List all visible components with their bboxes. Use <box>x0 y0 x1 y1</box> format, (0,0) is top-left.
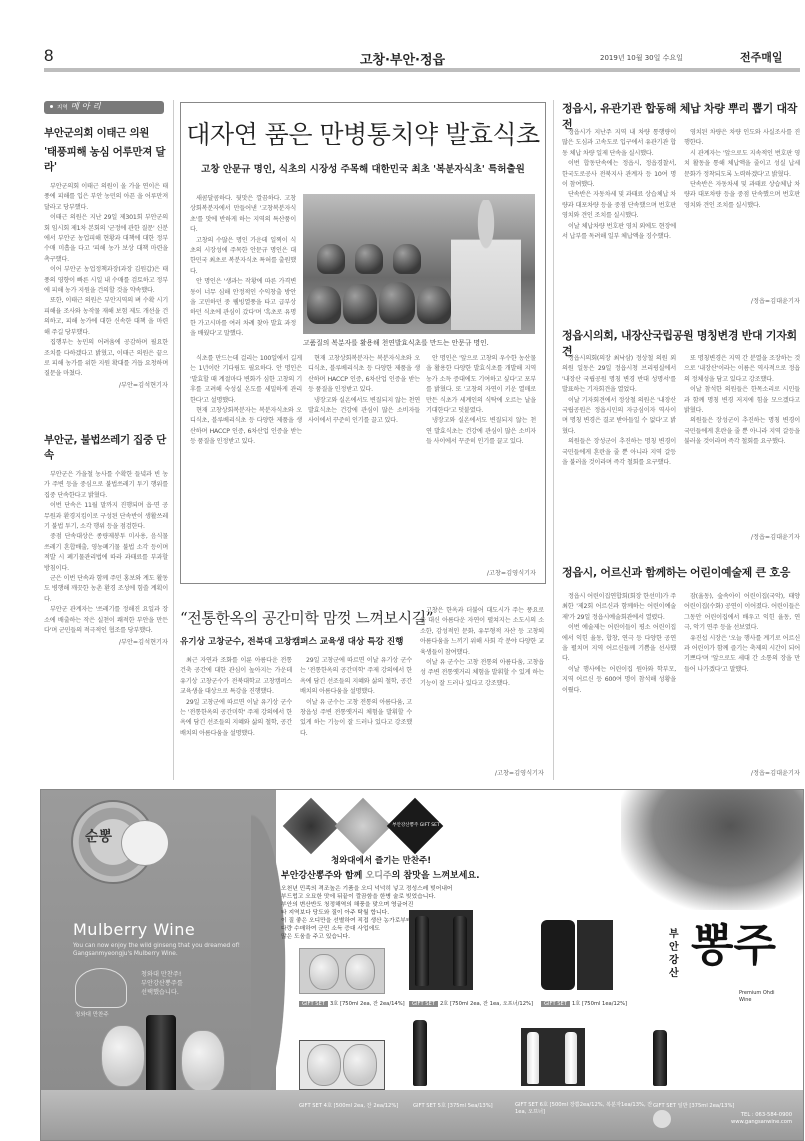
paragraph: 식초를 만드는데 걸리는 100일에서 길게는 1년이란 기다림도 필요하다. … <box>190 354 302 406</box>
paragraph: 이번 단속은 11월 말까지 진행되며 읍·면 공무원과 환경지킴이로 구성된 … <box>44 501 168 532</box>
paragraph: 의원들은 장성군이 추진하는 명칭 변경이 국민들에게 혼란을 줄 뿐 아니라 … <box>684 416 800 447</box>
gift-set-label: GIFT SET 4호 [500ml 2ea, 잔 2ea/12%] <box>299 1102 398 1109</box>
gift-set-badge-label: 부안강산뽕주 GIFT SET <box>391 822 441 828</box>
paragraph: 이날 유 군수는 고창 전통의 아름다움, 고창읍성 주변 전통옛거리 체험을 … <box>420 658 544 689</box>
publication-name: 전주매일 <box>740 49 783 65</box>
wine-bottle-image <box>415 916 429 986</box>
body-line: 부안의 변산반도 청정해역의 해풍을 맞으며 영글어진 <box>281 901 541 909</box>
brand-logo-text: 순뽕 <box>85 826 112 846</box>
byline: /부안=김석현기자 <box>44 380 168 389</box>
column-divider <box>553 100 554 780</box>
article-body: 부안군의회 이태근 의원이 올 가을 연이은 태풍에 피해를 입은 부안 농민의… <box>44 182 168 380</box>
headline-text: 부안강산뽕주와 함께 <box>281 871 366 881</box>
paragraph: 이날 체납차량 번호판 영치 외에도 현장에서 납부를 독려해 일부 체납액을 … <box>562 222 676 243</box>
jar-bottle-image <box>181 1030 225 1092</box>
paragraph: 군은 이번 단속과 함께 주민 홍보와 계도 활동도 병행해 깨끗한 농촌 환경… <box>44 574 168 605</box>
gift-code: 4호 <box>324 1103 332 1109</box>
paragraph: 이태근 의원은 지난 29일 제301회 부안군의회 임시회 제1차 본회의 '… <box>44 213 168 265</box>
gift-code: 3호 <box>330 1001 338 1007</box>
gift-set-label: GIFT SET 5호 [375ml 5ea/13%] <box>413 1102 493 1109</box>
gift-set-label: GIFT SET3호 [750ml 2ea, 잔 2ea/14%] <box>299 1000 405 1007</box>
gift-code: 일반 <box>678 1103 688 1109</box>
gift-set-label: GIFT SET2호 [750ml 2ea, 잔 1ea, 오프너/12%] <box>409 1000 533 1007</box>
article-right-2-col1: 정읍시의회(의장 최낙삼) 정상철 의원 외 의원 일동은 29일 정읍시청 브… <box>562 354 676 540</box>
gift-tag: GIFT SET <box>409 1001 438 1007</box>
ad-headline-1: 청와대에서 즐기는 만찬주! <box>331 854 431 866</box>
paragraph: 단속반은 자동차세 및 과태료 상습체납 차량과 대포차량 등을 중점 단속했으… <box>562 190 676 221</box>
gift-spec: 500ml 2ea, 잔 2ea/12% <box>336 1103 397 1109</box>
paragraph: 안 명인은 '앞으로 고창의 우수한 농산물을 활용한 다양한 발효식초를 개발… <box>426 354 536 416</box>
ad-tagline: You can now enjoy the wild ginseng that … <box>73 942 273 958</box>
gift-code: 6호 <box>540 1102 548 1108</box>
paragraph: 유진섭 시장은 '오늘 행사를 계기로 어르신과 어린이가 함께 즐기는 축제의… <box>684 634 800 676</box>
gift-set-label: GIFT SET 일반 [375ml 2ea/13%] <box>653 1102 734 1109</box>
jar-image <box>307 286 341 324</box>
article-left-1: 부안군의회 이태근 의원 '태풍피해 농심 어루만져 달라' 부안군의회 이태근… <box>44 125 168 389</box>
paragraph: 29일 고창군에 따르면 이날 유기상 군수는 '전통한옥의 공간미학' 주제 … <box>300 656 412 698</box>
paragraph: 부안군 관계자는 '쓰레기를 정해진 요일과 장소에 배출하는 작은 실천이 쾌… <box>44 605 168 636</box>
wine-bottle-image <box>565 1032 577 1084</box>
article-headline: 부안군, 불법쓰레기 집중 단속 <box>44 432 168 462</box>
paragraph: 단속반은 자동차세 및 과태료 상습체납 차량과 대포차량 등을 중점 단속했으… <box>684 180 800 211</box>
paragraph: 정읍시가 지난주 지역 내 차량 통행량이 많은 도심과 고속도로 입구에서 유… <box>562 128 676 159</box>
quote-line: 선택했습니다. <box>141 988 183 997</box>
jar-image <box>417 286 451 324</box>
hanok-column-1: 최근 자연과 조화를 이룬 아름다운 전통건축 공간에 대한 관심이 높아지는 … <box>180 656 292 780</box>
paragraph: 새콤달콤하다. 뒷맛은 깔끔하다. 고창상회복분자에서 만들어낸 '고창복분자식… <box>190 194 296 236</box>
wine-bottle-image <box>453 916 467 986</box>
jar-image <box>393 244 421 274</box>
paragraph: 시 관계자는 '앞으로도 지속적인 번호판 영치 활동을 통해 체납액을 줄이고… <box>684 149 800 180</box>
jar-image <box>355 244 383 274</box>
phone-number[interactable]: TEL : 063-584-0900 <box>731 1112 792 1119</box>
article-subtitle: 유기상 고창군수, 전북대 고창캠퍼스 교육생 대상 특강 진행 <box>180 635 403 647</box>
feature-subtitle: 고창 안문규 명인, 식초의 시장성 주목해 대한민국 최초 '복분자식초' 특… <box>180 161 546 175</box>
jar-bottle-image <box>307 1044 341 1086</box>
ad-quote: 청와대 만찬주! 부안강산뽕주를 선택했습니다. <box>141 970 183 997</box>
byline: /고창=김영식기자 <box>426 568 536 577</box>
article-right-1-col2: 영치된 차량은 차량 인도와 사실조사를 진행한다. 시 관계자는 '앞으로도 … <box>684 128 800 298</box>
gift-tag: GIFT SET <box>515 1102 538 1108</box>
gift-spec: 750ml 2ea, 잔 2ea/14% <box>342 1001 403 1007</box>
jar-bottle-image <box>309 954 339 990</box>
company-logo-icon <box>653 1110 671 1128</box>
gift-tag: GIFT SET <box>413 1103 436 1109</box>
tagline-line: You can now enjoy the wild ginseng that … <box>73 942 273 950</box>
tag-prefix: 지역 <box>57 105 68 111</box>
headline-text: 의 참맛을 느껴보세요. <box>392 871 480 881</box>
paragraph: 냉장고와 실온에서도 변질되지 않는 천연 발효식초는 건강에 관심이 많은 소… <box>426 416 536 447</box>
feature-title: 대자연 품은 만병통치약 발효식초 <box>180 115 546 151</box>
paragraph: 29일 고창군에 따르면 이날 유기상 군수는 '전통한옥의 공간미학' 주제 … <box>180 698 292 740</box>
bullet-icon <box>50 105 53 108</box>
product-calligraphy-small: 부안강산 <box>669 928 681 980</box>
article-body: 부안군은 가을철 농사를 수확한 들녘과 빈 농가 주변 등을 중심으로 불법쓰… <box>44 470 168 637</box>
feature-column-2: 현재 고창상회복분자는 복분자식초와 오디식초, 블루베리식초 등 다양한 제품… <box>308 354 420 576</box>
jar-bottle-image <box>345 954 375 990</box>
paragraph: 부안군은 가을철 농사를 수확한 들녘과 빈 농가 주변 등을 중심으로 불법쓰… <box>44 470 168 501</box>
gift-tag: GIFT SET <box>299 1103 322 1109</box>
feature-column-1: 식초를 만드는데 걸리는 100일에서 길게는 1년이란 기다림도 필요하다. … <box>190 354 302 576</box>
paragraph: 이날 유 군수는 고창 전통의 아름다움, 고창읍성 주변 전통옛거리 체험을 … <box>300 698 412 740</box>
article-right-1-col1: 정읍시가 지난주 지역 내 차량 통행량이 많은 도심과 고속도로 입구에서 유… <box>562 128 676 308</box>
paragraph: 집행부는 농민의 어려움에 공감하며 필요한 조치를 다하겠다고 밝혔고, 이태… <box>44 338 168 380</box>
ad-bottom-band <box>41 1090 803 1140</box>
paragraph: 정읍시의회(의장 최낙삼) 정상철 의원 외 의원 일동은 29일 정읍시청 브… <box>562 354 676 396</box>
jar-image <box>317 244 345 274</box>
byline: /정읍=김대윤기자 <box>684 532 800 541</box>
byline: /정읍=김대윤기자 <box>684 768 800 777</box>
paragraph: 이번 합동단속에는 정읍시, 정읍경찰서, 한국도로공사 전북지사 관계자 등 … <box>562 159 676 190</box>
paragraph: 이날 기자회견에서 정상철 의원은 '내장산국립공원은 정읍시민의 자긍심이자 … <box>562 396 676 438</box>
byline: /정읍=김대윤기자 <box>684 296 800 305</box>
jar-image <box>343 284 377 324</box>
paragraph: 의원들은 장성군이 추진하는 명칭 변경이 국민들에게 혼란을 줄 뿐 아니라 … <box>562 437 676 468</box>
field-image <box>335 798 392 855</box>
ad-brand-en: Mulberry Wine <box>73 920 195 939</box>
gift-set-label: GIFT SET1호 [750ml 1ea/12%] <box>541 1000 627 1007</box>
wine-bottle-image <box>653 1030 667 1086</box>
paragraph: 고창은 한옥과 더불어 대도시가 주는 풍요로움 대신 아름다운 자연이 펼쳐지… <box>420 606 544 658</box>
product-calligraphy: 뽕주 <box>691 924 776 968</box>
gift-spec: 750ml 1ea/12% <box>584 1001 625 1007</box>
brush-stroke <box>251 790 291 1140</box>
tagline-line: Gangsanmyeongju's Mulberry Wine. <box>73 950 273 958</box>
gift-spec: 375ml 5ea/13% <box>450 1103 491 1109</box>
seal-label: 청와대 만찬주 <box>75 1010 109 1018</box>
photo-caption: 고품질의 복분자를 활용해 천연발효식초를 만드는 안문규 명인. <box>303 337 489 347</box>
paragraph: 현재 고창상회복분자는 복분자식초와 오디식초, 블루베리식초 등 다양한 제품… <box>308 354 420 396</box>
paragraph: 중점 단속대상은 종량제봉투 미사용, 음식물 쓰레기 혼합배출, 영농폐기물 … <box>44 532 168 574</box>
quote-line: 부안강산뽕주를 <box>141 979 183 988</box>
paragraph: 이날 행사에는 어린이집 원아와 학부모, 지역 어르신 등 600여 명이 참… <box>562 665 676 696</box>
paragraph: 정읍시 어린이집연합회(회장 한선미)가 주최한 '제2회 어르신과 함께하는 … <box>562 592 676 623</box>
headline-accent: 오디주 <box>366 871 392 881</box>
advertisement[interactable]: 순뽕 Mulberry Wine You can now enjoy the w… <box>40 789 804 1141</box>
paragraph: 냉장고와 실온에서도 변질되지 않는 천연 발효식초는 건강에 관심이 많은 소… <box>308 396 420 427</box>
paragraph: 고창의 수많은 명인 가운데 일찍이 식초의 시장성에 주목한 안문규 명인은 … <box>190 236 296 278</box>
jar-image <box>379 282 415 324</box>
gift-code: 1호 <box>572 1001 580 1007</box>
tag-title: 메 아 리 <box>71 102 101 112</box>
ad-headline-2: 부안강산뽕주와 함께 오디주의 참맛을 느껴보세요. <box>281 868 480 881</box>
paragraph: 이날 참석한 의원들은 한목소리로 시민들과 함께 명칭 변경 저지에 힘을 모… <box>684 385 800 416</box>
column-divider <box>173 100 174 780</box>
article-title: “전통한옥의 공간미학 맘껏 느껴보시길” <box>180 607 433 628</box>
issue-date: 2019년 10월 30일 수요일 <box>600 53 683 63</box>
paragraph: 현재 고창상회복분자는 복분자식초와 오디식초, 블루베리식초 등 다양한 제품… <box>190 406 302 448</box>
mulberry-photo <box>621 790 803 910</box>
wine-bottle-image <box>541 920 575 990</box>
article-right-3-col1: 정읍시 어린이집연합회(회장 한선미)가 주최한 '제2회 어르신과 함께하는 … <box>562 592 676 778</box>
website-link[interactable]: www.gangsanwine.com <box>731 1119 792 1126</box>
gift-set-label: GIFT SET 6호 [500ml 장쁨2ea/12%, 복분자1ea/13%… <box>515 1102 655 1116</box>
article-headline: 부안군의회 이태근 의원 <box>44 125 168 140</box>
quote-line: 청와대 만찬주! <box>141 970 183 979</box>
paragraph: 이번 예술제는 어린이들이 평소 어린이집에서 익힌 율동, 합창, 연극 등 … <box>562 623 676 665</box>
paragraph: 또 명칭변경은 지역 간 분열을 조장하는 것으로 '내장산'이라는 이름은 역… <box>684 354 800 385</box>
header-rule <box>44 68 800 72</box>
paragraph: 안 명인은 '생과는 작황에 따른 가격변동이 너무 심해 안정적인 수익창출 … <box>190 277 296 339</box>
paragraph: 영치된 차량은 차량 인도와 사실조사를 진행한다. <box>684 128 800 149</box>
body-line: 오천년 민족의 격조높은 기품을 오디 넉넉히 넣고 정성스레 빚어내어 <box>281 885 541 893</box>
article-right-2-col2: 또 명칭변경은 지역 간 분열을 조장하는 것으로 '내장산'이라는 이름은 역… <box>684 354 800 530</box>
paragraph: 이어 부안군 농업정책과장(과장 김원갑)은 태풍의 영향이 빠른 시일 내 수… <box>44 265 168 296</box>
feature-intro: 새콤달콤하다. 뒷맛은 깔끔하다. 고창상회복분자에서 만들어낸 '고창복분자식… <box>190 194 296 342</box>
hanok-column-3: 고창은 한옥과 더불어 대도시가 주는 풍요로움 대신 아름다운 자연이 펼쳐지… <box>420 606 544 766</box>
feature-photo <box>303 194 535 334</box>
section-title: 고창·부안·정읍 <box>0 49 805 68</box>
body-line: 부드럽고 오묘한 맛에 뒤끝이 깔끔함을 한병 술로 빚었습니다. <box>281 893 541 901</box>
article-headline-quote: '태풍피해 농심 어루만져 달라' <box>44 144 168 174</box>
paragraph: 잠(율동), 숲속아이 어린이집(국악), 태양 어린이집(수화) 공연이 이어… <box>684 592 800 634</box>
gift-spec: 750ml 2ea, 잔 1ea, 오프너/12% <box>452 1001 531 1007</box>
jar-bottle-image <box>101 1025 145 1087</box>
jar-bottle-image <box>343 1044 377 1086</box>
paragraph: 최근 자연과 조화를 이룬 아름다운 전통건축 공간에 대한 관심이 높아지는 … <box>180 656 292 698</box>
article-left-2: 부안군, 불법쓰레기 집중 단속 부안군은 가을철 농사를 수확한 들녘과 빈 … <box>44 432 168 646</box>
article-right-3-col2: 잠(율동), 숲속아이 어린이집(국악), 태양 어린이집(수화) 공연이 이어… <box>684 592 800 768</box>
article-title: 정읍시, 어르신과 함께하는 어린이예술제 큰 호응 <box>562 564 802 580</box>
mascot-icon <box>121 820 169 866</box>
byline: /부안=김석현기자 <box>44 637 168 646</box>
person-image <box>451 200 521 330</box>
contact-info[interactable]: TEL : 063-584-0900 www.gangsanwine.com <box>731 1112 792 1126</box>
byline: /고창=김영식기자 <box>420 768 544 777</box>
gift-code: 2호 <box>440 1001 448 1007</box>
wine-bottle-image <box>527 1032 539 1084</box>
gift-tag: GIFT SET <box>541 1001 570 1007</box>
product-en: Premium Ohdi Wine <box>739 990 779 1004</box>
mulberry-image <box>283 798 340 855</box>
blue-house-seal-icon <box>75 968 127 1008</box>
gift-tag: GIFT SET <box>653 1103 676 1109</box>
section-tag: 지역메 아 리 <box>44 101 164 114</box>
gift-spec: 375ml 2ea/13% <box>691 1103 732 1109</box>
wine-bottle-image <box>413 1020 427 1086</box>
gift-code: 5호 <box>438 1103 446 1109</box>
hanok-column-2: 29일 고창군에 따르면 이날 유기상 군수는 '전통한옥의 공간미학' 주제 … <box>300 656 412 780</box>
gift-box-image <box>577 920 613 990</box>
gift-tag: GIFT SET <box>299 1001 328 1007</box>
paragraph: 또한, 이태근 의원은 부안지역의 벼 수확 시기 피해율 조사와 농작물 재해… <box>44 296 168 338</box>
paragraph: 부안군의회 이태근 의원이 올 가을 연이은 태풍에 피해를 입은 부안 농민의… <box>44 182 168 213</box>
feature-column-3: 안 명인은 '앞으로 고창의 우수한 농산물을 활용한 다양한 발효식초를 개발… <box>426 354 536 566</box>
